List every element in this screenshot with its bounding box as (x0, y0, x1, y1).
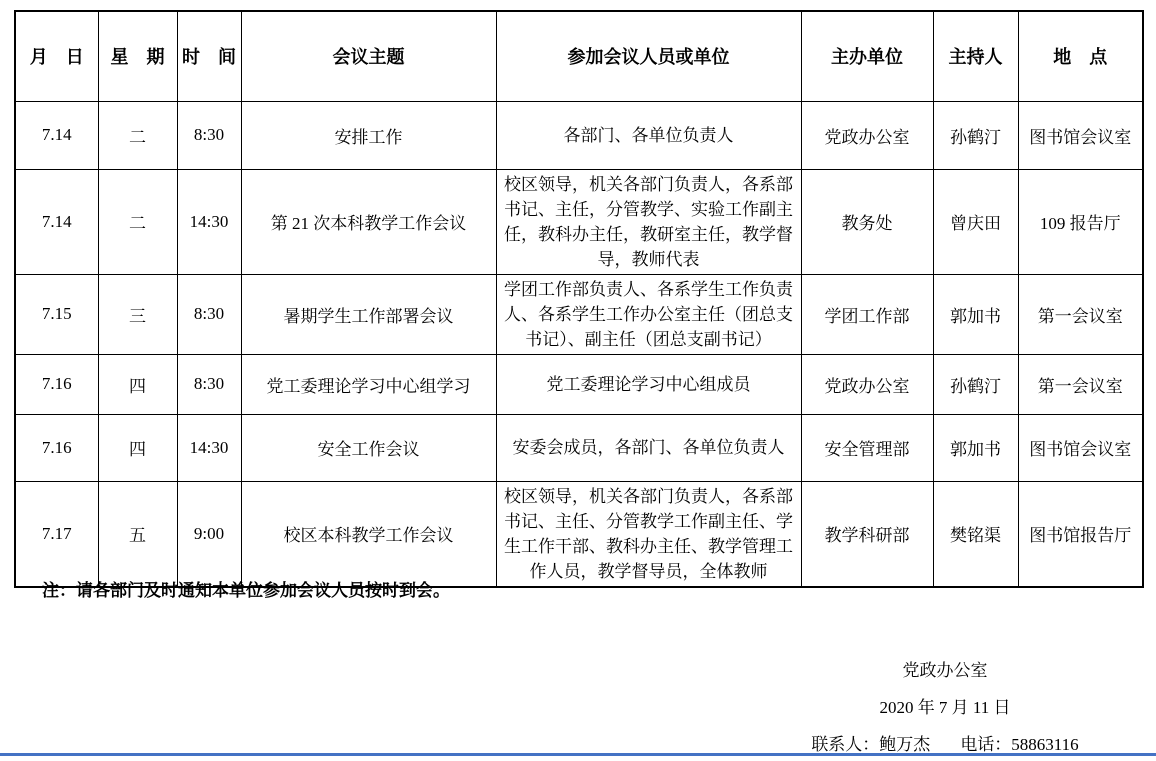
cell-organizer: 教学科研部 (801, 481, 933, 587)
column-header-time: 时 间 (177, 11, 241, 101)
column-header-weekday: 星 期 (98, 11, 177, 101)
cell-location: 第一会议室 (1018, 274, 1143, 354)
cell-date: 7.14 (15, 169, 98, 274)
cell-date: 7.17 (15, 481, 98, 587)
cell-location: 图书馆会议室 (1018, 101, 1143, 169)
cell-participants: 党工委理论学习中心组成员 (496, 354, 801, 414)
cell-participants: 学团工作部负责人、各系学生工作负责人、各系学生工作办公室主任（团总支书记）、副主… (496, 274, 801, 354)
cell-organizer: 党政办公室 (801, 354, 933, 414)
table-header-row: 月 日 星 期 时 间 会议主题 参加会议人员或单位 主办单位 主持人 地 点 (15, 11, 1143, 101)
issue-date: 2020 年 7 月 11 日 (705, 689, 1156, 726)
column-header-organizer: 主办单位 (801, 11, 933, 101)
cell-weekday: 三 (98, 274, 177, 354)
cell-time: 14:30 (177, 169, 241, 274)
cell-date: 7.14 (15, 101, 98, 169)
cell-date: 7.16 (15, 414, 98, 481)
column-header-host: 主持人 (933, 11, 1018, 101)
cell-participants: 各部门、各单位负责人 (496, 101, 801, 169)
cell-host: 孙鹤汀 (933, 354, 1018, 414)
cell-location: 第一会议室 (1018, 354, 1143, 414)
note-text: 注：请各部门及时通知本单位参加会议人员按时到会。 (42, 576, 450, 601)
cell-participants: 校区领导，机关各部门负责人，各系部书记、主任、分管教学工作副主任、学生工作干部、… (496, 481, 801, 587)
cell-location: 图书馆会议室 (1018, 414, 1143, 481)
table-row: 7.15 三 8:30 暑期学生工作部署会议 学团工作部负责人、各系学生工作负责… (15, 274, 1143, 354)
cell-host: 孙鹤汀 (933, 101, 1018, 169)
table-row: 7.14 二 8:30 安排工作 各部门、各单位负责人 党政办公室 孙鹤汀 图书… (15, 101, 1143, 169)
cell-weekday: 二 (98, 169, 177, 274)
cell-weekday: 四 (98, 414, 177, 481)
cell-participants: 校区领导，机关各部门负责人，各系部书记、主任，分管教学、实验工作副主任，教科办主… (496, 169, 801, 274)
cell-date: 7.15 (15, 274, 98, 354)
cell-time: 9:00 (177, 481, 241, 587)
cell-topic: 校区本科教学工作会议 (241, 481, 496, 587)
contact-person: 联系人：鲍万杰 (811, 735, 930, 754)
signature-block: 党政办公室 2020 年 7 月 11 日 联系人：鲍万杰电话：58863116 (705, 652, 1156, 761)
document-page: 月 日 星 期 时 间 会议主题 参加会议人员或单位 主办单位 主持人 地 点 … (0, 0, 1156, 761)
cell-date: 7.16 (15, 354, 98, 414)
column-header-participants: 参加会议人员或单位 (496, 11, 801, 101)
cell-host: 樊铭渠 (933, 481, 1018, 587)
cell-weekday: 二 (98, 101, 177, 169)
cell-topic: 安全工作会议 (241, 414, 496, 481)
bottom-divider-line (0, 753, 1156, 756)
cell-time: 8:30 (177, 101, 241, 169)
cell-host: 曾庆田 (933, 169, 1018, 274)
cell-location: 图书馆报告厅 (1018, 481, 1143, 587)
cell-organizer: 学团工作部 (801, 274, 933, 354)
cell-participants: 安委会成员，各部门、各单位负责人 (496, 414, 801, 481)
cell-time: 8:30 (177, 354, 241, 414)
cell-location: 109 报告厅 (1018, 169, 1143, 274)
meeting-schedule-table: 月 日 星 期 时 间 会议主题 参加会议人员或单位 主办单位 主持人 地 点 … (14, 10, 1144, 588)
table-row: 7.16 四 8:30 党工委理论学习中心组学习 党工委理论学习中心组成员 党政… (15, 354, 1143, 414)
cell-host: 郭加书 (933, 414, 1018, 481)
cell-time: 14:30 (177, 414, 241, 481)
column-header-topic: 会议主题 (241, 11, 496, 101)
table-row: 7.17 五 9:00 校区本科教学工作会议 校区领导，机关各部门负责人，各系部… (15, 481, 1143, 587)
column-header-date: 月 日 (15, 11, 98, 101)
column-header-location: 地 点 (1018, 11, 1143, 101)
cell-organizer: 党政办公室 (801, 101, 933, 169)
cell-organizer: 教务处 (801, 169, 933, 274)
cell-topic: 安排工作 (241, 101, 496, 169)
cell-weekday: 五 (98, 481, 177, 587)
cell-weekday: 四 (98, 354, 177, 414)
contact-phone: 电话：58863116 (960, 735, 1078, 754)
cell-organizer: 安全管理部 (801, 414, 933, 481)
issuing-office: 党政办公室 (705, 652, 1156, 689)
cell-topic: 党工委理论学习中心组学习 (241, 354, 496, 414)
cell-topic: 第 21 次本科教学工作会议 (241, 169, 496, 274)
cell-time: 8:30 (177, 274, 241, 354)
table-row: 7.16 四 14:30 安全工作会议 安委会成员，各部门、各单位负责人 安全管… (15, 414, 1143, 481)
cell-topic: 暑期学生工作部署会议 (241, 274, 496, 354)
cell-host: 郭加书 (933, 274, 1018, 354)
table-row: 7.14 二 14:30 第 21 次本科教学工作会议 校区领导，机关各部门负责… (15, 169, 1143, 274)
